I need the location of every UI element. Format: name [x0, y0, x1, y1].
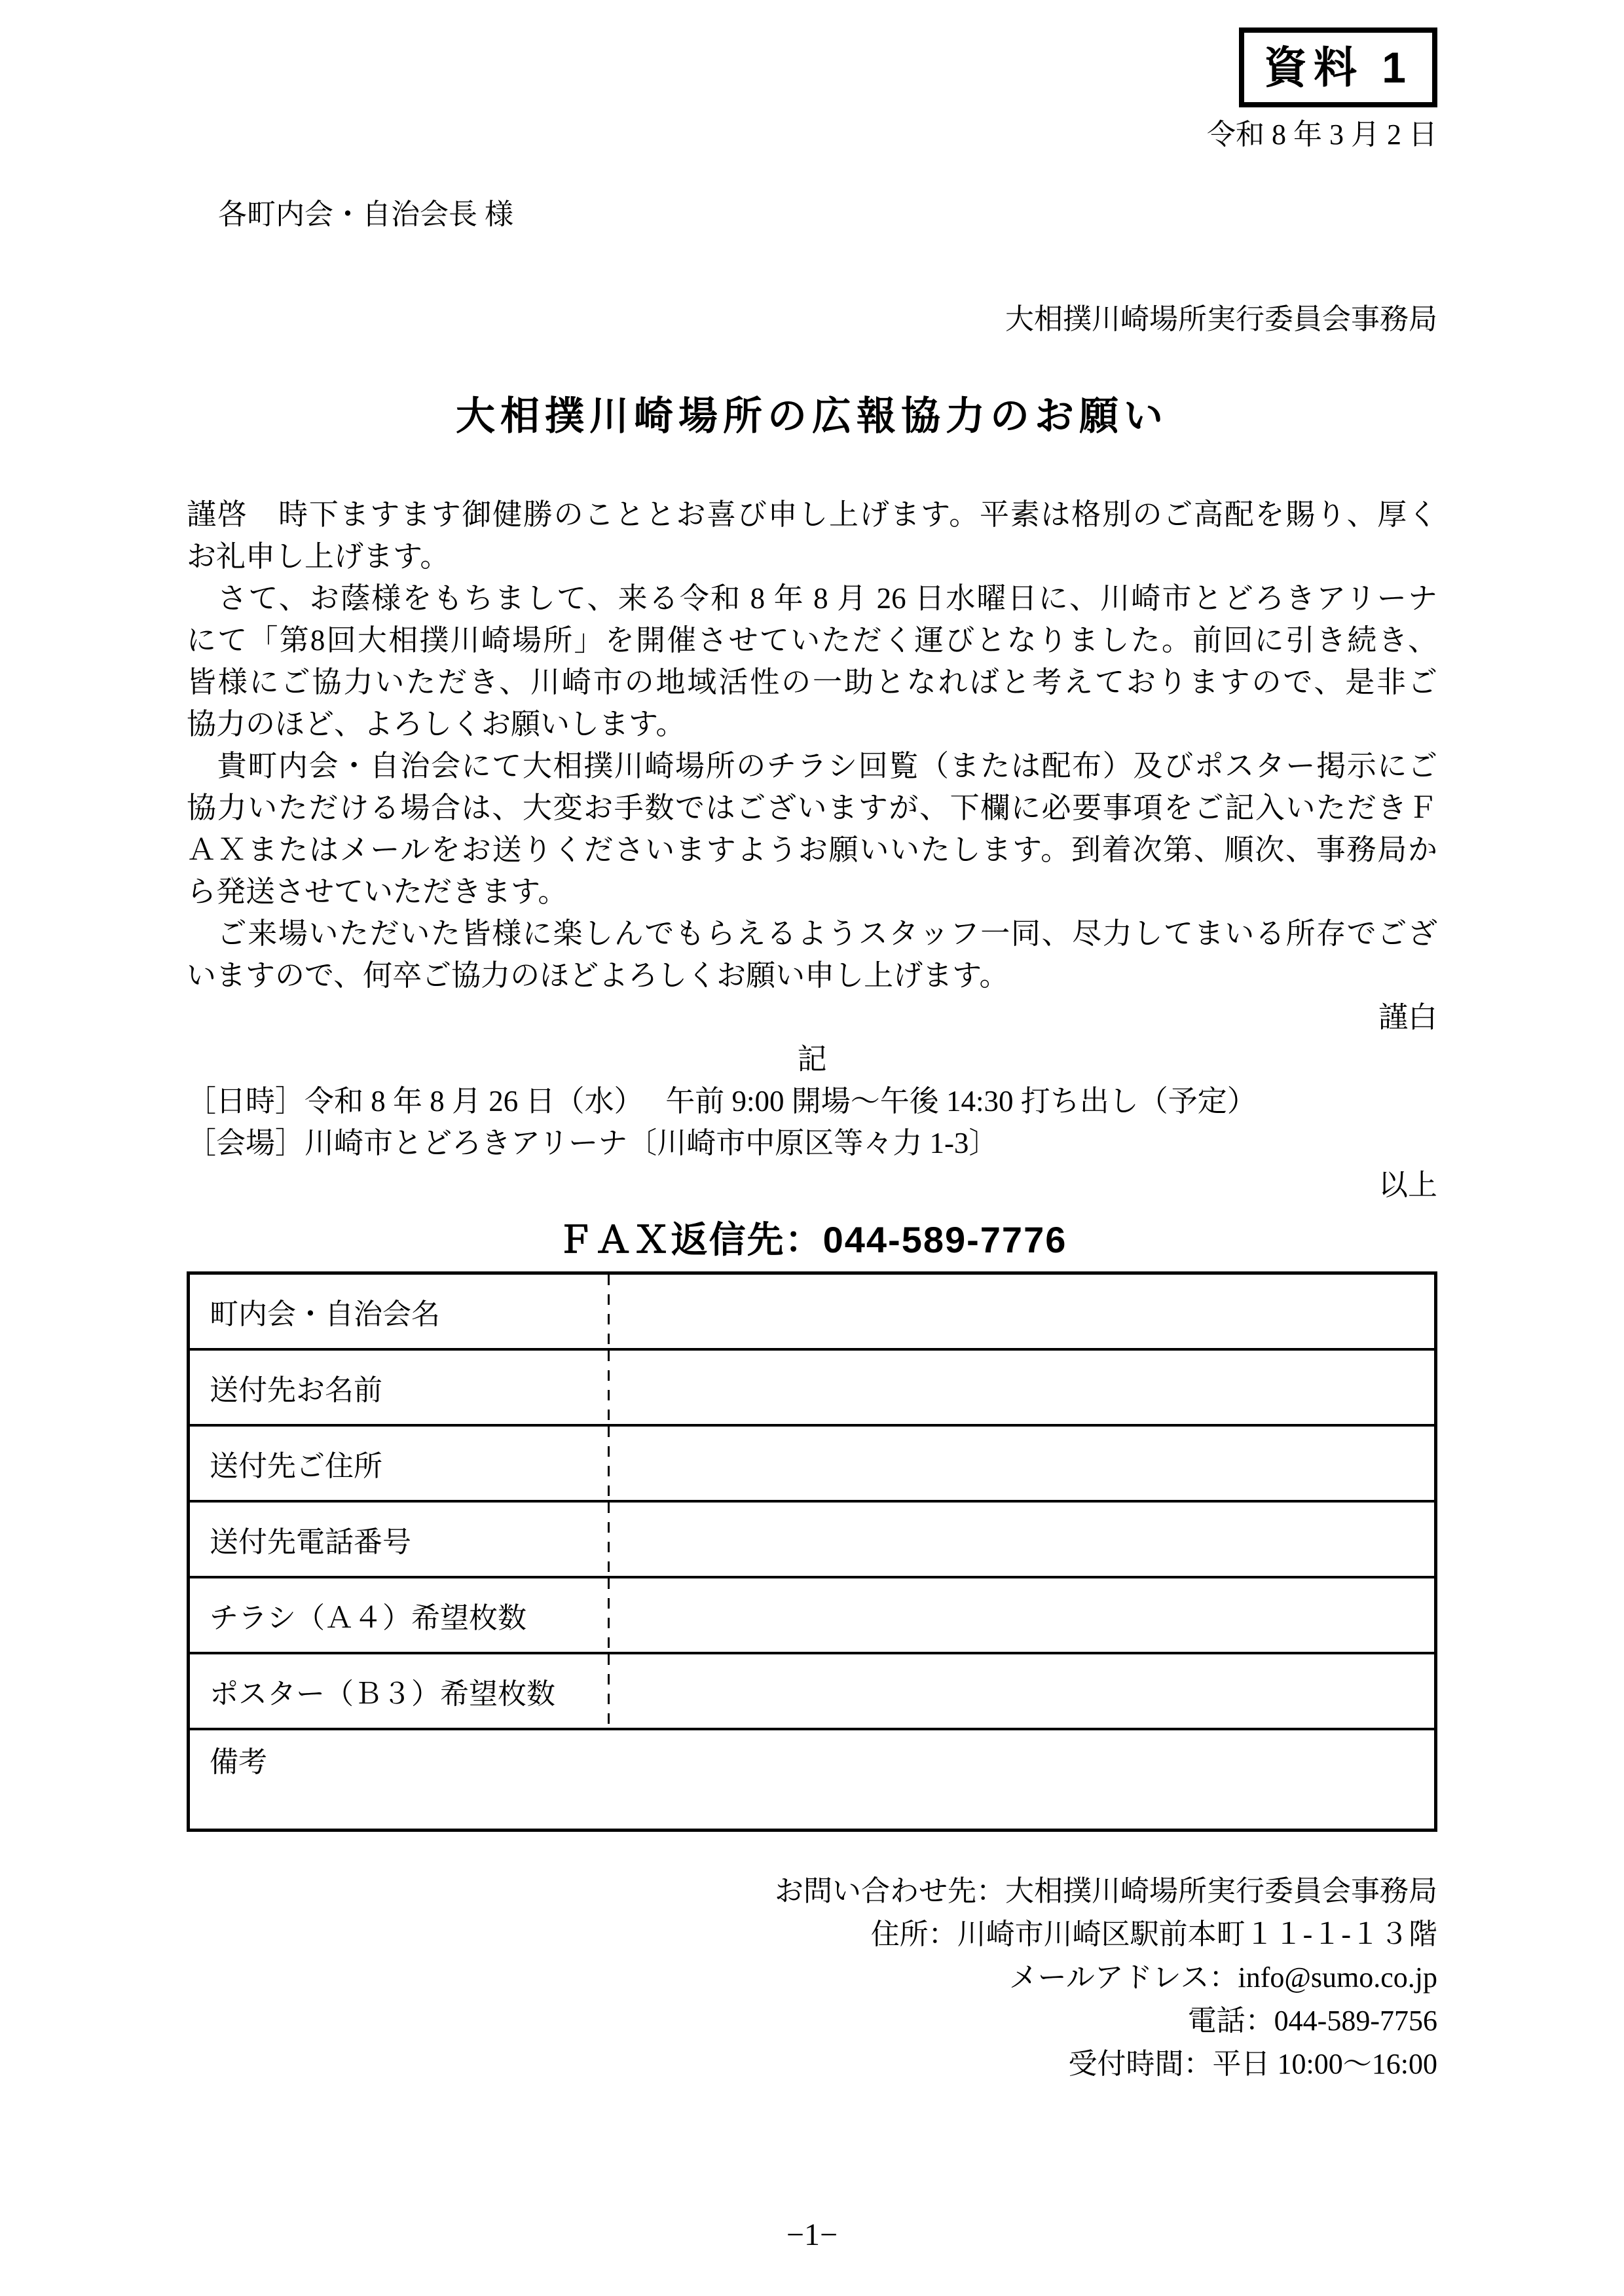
end-marker: 以上	[187, 1164, 1437, 1206]
form-row-recipient-name: 送付先お名前	[190, 1351, 1434, 1427]
doc-tag-row: 資料 1	[187, 27, 1437, 107]
body-line: いますので、何卒ご協力のほどよろしくお願い申し上げます。	[187, 955, 1437, 996]
contact-line-address: 住所：川崎市川崎区駅前本町１１-１-１３階	[187, 1913, 1437, 1956]
doc-label-box: 資料 1	[1239, 27, 1437, 107]
page-content: 資料 1 令和 8 年 3 月 2 日 各町内会・自治会長 様 大相撲川崎場所実…	[0, 0, 1624, 2086]
event-datetime: ［日時］令和 8 年 8 月 26 日（水） 午前 9:00 開場～午後 14:…	[187, 1080, 1437, 1122]
form-value-blank	[609, 1427, 1434, 1500]
form-value-blank	[609, 1578, 1434, 1652]
form-value-blank	[609, 1654, 1434, 1728]
issue-date: 令和 8 年 3 月 2 日	[187, 115, 1437, 155]
closing-word: 謹白	[187, 996, 1437, 1038]
event-venue: ［会場］川崎市とどろきアリーナ〔川崎市中原区等々力 1-3〕	[187, 1122, 1437, 1164]
body-line: 協力いただける場合は、大変お手数ではございますが、下欄に必要事項をご記入いただき…	[187, 787, 1437, 829]
form-value-blank	[609, 1351, 1434, 1424]
document-page: 資料 1 令和 8 年 3 月 2 日 各町内会・自治会長 様 大相撲川崎場所実…	[0, 0, 1624, 2296]
fax-reply-heading: ＦＡＸ返信先：044-589-7776	[187, 1215, 1437, 1265]
body-line: 協力のほど、よろしくお願いします。	[187, 703, 1437, 745]
body-line: にて「第8回大相撲川崎場所」を開催させていただく運びとなりました。前回に引き続き…	[187, 619, 1437, 661]
form-label: 送付先ご住所	[190, 1427, 609, 1500]
contact-line-email: メールアドレス：info@sumo.co.jp	[187, 1956, 1437, 1999]
form-label: 送付先お名前	[190, 1351, 609, 1424]
document-title: 大相撲川崎場所の広報協力のお願い	[187, 389, 1437, 444]
form-label: 送付先電話番号	[190, 1503, 609, 1576]
body-line: 貴町内会・自治会にて大相撲川崎場所のチラシ回覧（または配布）及びポスター掲示にご	[187, 745, 1437, 787]
form-label: 備考	[190, 1730, 1434, 1780]
contact-line-phone: 電話：044-589-7756	[187, 1999, 1437, 2043]
form-label: チラシ（Ａ４）希望枚数	[190, 1578, 609, 1652]
body-line: 皆様にご協力いただき、川崎市の地域活性の一助となればと考えておりますので、是非ご	[187, 661, 1437, 703]
body-line: 謹啓 時下ますます御健勝のこととお喜び申し上げます。平素は格別のご高配を賜り、厚…	[187, 494, 1437, 536]
fax-form-table: 町内会・自治会名 送付先お名前 送付先ご住所 送付先電話番号 チラシ（Ａ４）希望…	[187, 1271, 1437, 1832]
form-row-association-name: 町内会・自治会名	[190, 1275, 1434, 1351]
body-line: ご来場いただいた皆様に楽しんでもらえるようスタッフ一同、尽力してまいる所存でござ	[187, 913, 1437, 955]
contact-line-hours: 受付時間：平日 10:00～16:00	[187, 2043, 1437, 2086]
body-text: 謹啓 時下ますます御健勝のこととお喜び申し上げます。平素は格別のご高配を賜り、厚…	[187, 494, 1437, 996]
form-value-blank	[609, 1503, 1434, 1576]
form-label: ポスター（Ｂ３）希望枚数	[190, 1654, 609, 1728]
note-marker: 記	[187, 1038, 1437, 1080]
addressee: 各町内会・自治会長 様	[187, 195, 1437, 234]
contact-line-office: お問い合わせ先：大相撲川崎場所実行委員会事務局	[187, 1870, 1437, 1913]
sender: 大相撲川崎場所実行委員会事務局	[187, 300, 1437, 339]
form-row-poster-count: ポスター（Ｂ３）希望枚数	[190, 1654, 1434, 1730]
body-line: ＡＸまたはメールをお送りくださいますようお願いいたします。到着次第、順次、事務局…	[187, 829, 1437, 871]
contact-block: お問い合わせ先：大相撲川崎場所実行委員会事務局 住所：川崎市川崎区駅前本町１１-…	[187, 1870, 1437, 2086]
form-row-flyer-count: チラシ（Ａ４）希望枚数	[190, 1578, 1434, 1654]
form-row-recipient-address: 送付先ご住所	[190, 1427, 1434, 1503]
form-label: 町内会・自治会名	[190, 1275, 609, 1348]
form-row-recipient-phone: 送付先電話番号	[190, 1503, 1434, 1578]
body-line: さて、お蔭様をもちまして、来る令和 8 年 8 月 26 日水曜日に、川崎市とど…	[187, 577, 1437, 619]
body-line: お礼申し上げます。	[187, 536, 1437, 577]
form-value-blank	[609, 1275, 1434, 1348]
page-number: −1−	[0, 2217, 1624, 2253]
body-line: ら発送させていただきます。	[187, 871, 1437, 913]
form-row-notes: 備考	[190, 1730, 1434, 1829]
